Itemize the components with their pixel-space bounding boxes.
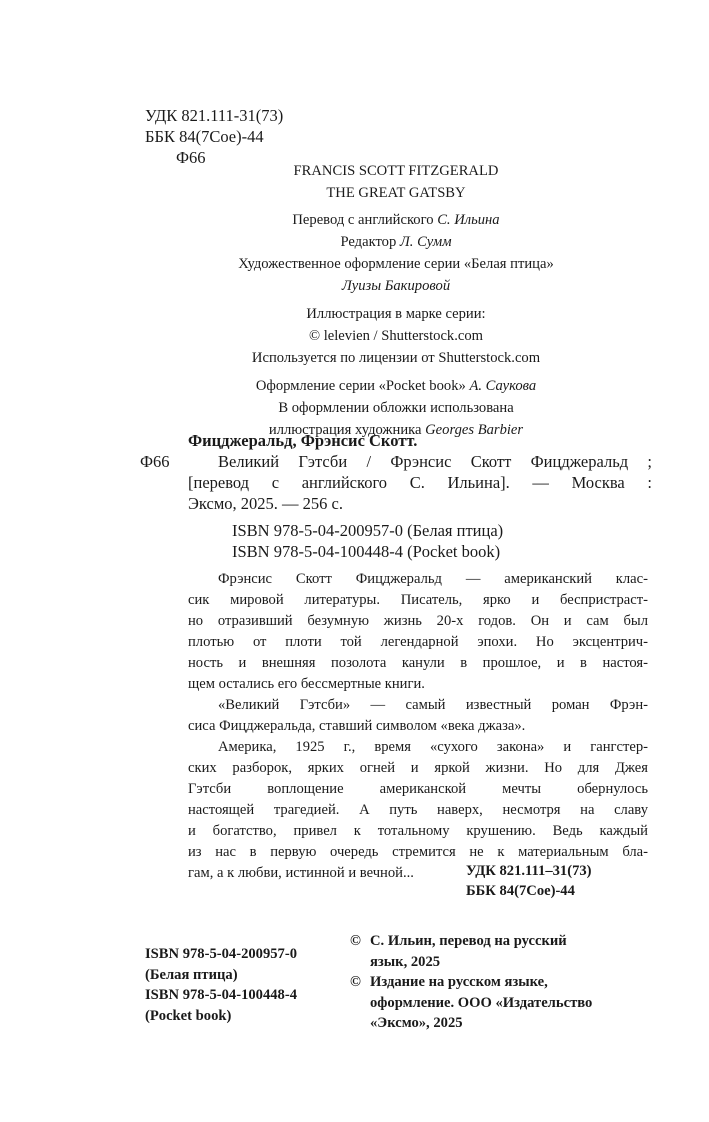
footer-isbns: ISBN 978-5-04-200957-0 (Белая птица) ISB… (145, 945, 297, 1027)
copyright-edition: © Издание на русском языке, (350, 973, 592, 994)
series-design-label: Художественное оформление серии «Белая п… (140, 255, 652, 277)
editor-line: Редактор Л. Сумм (140, 233, 652, 255)
illustration-credit: © lelevien / Shutterstock.com (140, 327, 652, 349)
annotation-line: Фрэнсис Скотт Фицджеральд — американский… (188, 570, 648, 591)
cover-note: В оформлении обложки использована (140, 399, 652, 421)
copyright-translation-cont: язык, 2025 (350, 953, 592, 974)
copyright-page: УДК 821.111-31(73) ББК 84(7Сое)-44 Ф66 F… (0, 0, 709, 1122)
annotation-line: «Великий Гэтсби» — самый известный роман… (188, 696, 648, 717)
copyright-icon: © (350, 973, 361, 992)
copyright-translation: © С. Ильин, перевод на русский (350, 932, 592, 953)
udk-code: УДК 821.111-31(73) (145, 105, 283, 126)
editor-label: Редактор (340, 234, 399, 250)
translation-label: Перевод с английского (292, 212, 437, 228)
bibliographic-line: Великий Гэтсби / Фрэнсис Скотт Фицджерал… (188, 451, 652, 472)
annotation-line: ских разборок, ярких огней и яркой жизни… (188, 759, 648, 780)
bbk-code: ББК 84(7Сое)-44 (145, 126, 283, 147)
annotation-line: Америка, 1925 г., время «сухого закона» … (188, 738, 648, 759)
annotation-line: и богатство, привел к тотальному крушени… (188, 822, 648, 843)
footer-isbn-line: ISBN 978-5-04-200957-0 (145, 945, 297, 966)
title-english: THE GREAT GATSBY (140, 184, 652, 211)
copyright-text: язык, 2025 (370, 954, 440, 970)
cover-artist: Georges Barbier (425, 422, 523, 438)
copyright-notices: © С. Ильин, перевод на русский язык, 202… (350, 932, 592, 1035)
copyright-text: «Эксмо», 2025 (370, 1015, 463, 1031)
annotation-line: плотью от плоти той легендарной эпохи. Н… (188, 633, 648, 654)
series-designer: Луизы Бакировой (140, 277, 652, 299)
pocket-designer: А. Саукова (469, 378, 536, 394)
bibliographic-author-mark: Ф66 (140, 451, 170, 472)
annotation-line: ность и внешняя позолота канули в прошло… (188, 654, 648, 675)
translator-name: С. Ильина (437, 212, 499, 228)
isbn-white-bird: ISBN 978-5-04-200957-0 (Белая птица) (232, 520, 503, 541)
copyright-text: С. Ильин, перевод на русский (370, 933, 567, 949)
copyright-text: Издание на русском языке, (370, 974, 548, 990)
illustration-label: Иллюстрация в марке серии: (140, 305, 652, 327)
copyright-edition-cont: оформление. ООО «Издательство (350, 994, 592, 1015)
udk-code-bottom: УДК 821.111–31(73) (466, 862, 592, 882)
annotation-line: из нас в первую очередь стремится не к м… (188, 843, 648, 864)
pocket-design-label: Оформление серии «Pocket book» (256, 378, 470, 394)
translator-line: Перевод с английского С. Ильина (140, 211, 652, 233)
bibliographic-line: [перевод с английского С. Ильина]. — Мос… (188, 472, 652, 493)
copyright-icon: © (350, 932, 361, 951)
credits-block: FRANCIS SCOTT FITZGERALD THE GREAT GATSB… (140, 162, 652, 443)
copyright-text: оформление. ООО «Издательство (370, 995, 592, 1011)
annotation-line: но отразивший безумную жизнь 20-х годов.… (188, 612, 648, 633)
copyright-edition-cont: «Эксмо», 2025 (350, 1014, 592, 1035)
author-english: FRANCIS SCOTT FITZGERALD (140, 162, 652, 184)
footer-isbn-line: ISBN 978-5-04-100448-4 (145, 986, 297, 1007)
pocket-design-line: Оформление серии «Pocket book» А. Сауков… (140, 377, 652, 399)
license-note: Используется по лицензии от Shutterstock… (140, 349, 652, 371)
isbn-pocket-book: ISBN 978-5-04-100448-4 (Pocket book) (232, 541, 503, 562)
classification-bottom: УДК 821.111–31(73) ББК 84(7Сое)-44 (466, 862, 592, 902)
editor-name: Л. Сумм (400, 234, 452, 250)
classification-codes: УДК 821.111-31(73) ББК 84(7Сое)-44 Ф66 (145, 105, 283, 168)
isbn-list: ISBN 978-5-04-200957-0 (Белая птица) ISB… (232, 520, 503, 562)
footer-isbn-line: (Pocket book) (145, 1007, 297, 1028)
footer-isbn-line: (Белая птица) (145, 966, 297, 987)
bbk-code-bottom: ББК 84(7Сое)-44 (466, 882, 592, 902)
author-heading: Фицджеральд, Фрэнсис Скотт. (188, 430, 417, 451)
annotation: Фрэнсис Скотт Фицджеральд — американский… (188, 570, 648, 885)
annotation-line: Гэтсби воплощение американской мечты обе… (188, 780, 648, 801)
annotation-line: щем остались его бессмертные книги. (188, 675, 648, 696)
bibliographic-line: Эксмо, 2025. — 256 с. (188, 493, 652, 514)
annotation-line: сиса Фицджеральда, ставший символом «век… (188, 717, 648, 738)
annotation-line: настоящей трагедией. А путь наверх, несм… (188, 801, 648, 822)
annotation-line: сик мировой литературы. Писатель, ярко и… (188, 591, 648, 612)
